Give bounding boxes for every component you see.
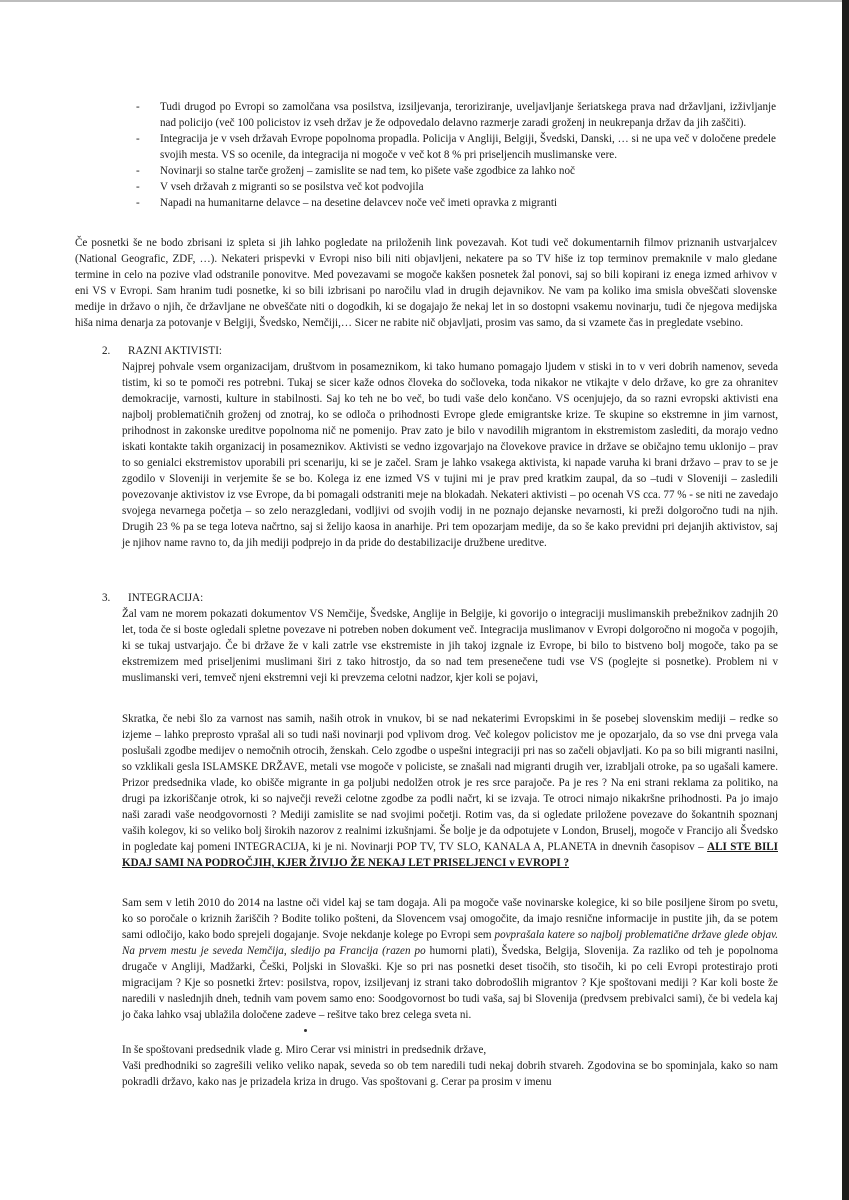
bullet-dash: - [136,163,140,179]
cerar-body: Vaši predhodniki so zagrešili veliko vel… [122,1058,778,1090]
bullet-item: -Novinarji so stalne tarče groženj – zam… [136,163,776,179]
scan-speck [304,1029,307,1032]
bullet-dash: - [136,131,140,147]
bullet-dash: - [136,195,140,211]
bullet-dash: - [136,99,140,115]
bullet-text: Napadi na humanitarne delavce – na deset… [160,197,557,209]
document-page: -Tudi drugod po Evropi so zamolčana vsa … [0,0,849,1200]
section-body: Najprej pohvale vsem organizacijam, druš… [122,359,778,551]
bullet-list: -Tudi drugod po Evropi so zamolčana vsa … [136,99,776,211]
bullet-text: Novinarji so stalne tarče groženj – zami… [160,165,575,177]
bullet-dash: - [136,179,140,195]
cerar-greeting: In še spoštovani predsednik vlade g. Mir… [122,1042,778,1058]
bullet-text: Integracija je v vseh državah Evrope pop… [160,133,776,161]
section-number: 3. [102,590,110,606]
section-number: 2. [102,343,110,359]
bullet-item: -V vseh državah z migranti so se posilst… [136,179,776,195]
skratka-paragraph: Skratka, če nebi šlo za varnost nas sami… [122,711,778,871]
bullet-text: V vseh državah z migranti so se posilstv… [160,181,424,193]
bullet-text: Tudi drugod po Evropi so zamolčana vsa p… [160,101,776,129]
section-heading: RAZNI AKTIVISTI: [128,343,222,359]
intro-paragraph: Če posnetki še ne bodo zbrisani iz splet… [75,235,777,331]
sam-paragraph: Sam sem v letih 2010 do 2014 na lastne o… [122,895,778,1023]
section-body: Žal vam ne morem pokazati dokumentov VS … [122,606,778,686]
bullet-item: -Integracija je v vseh državah Evrope po… [136,131,776,163]
bullet-item: -Tudi drugod po Evropi so zamolčana vsa … [136,99,776,131]
bullet-item: -Napadi na humanitarne delavce – na dese… [136,195,776,211]
section-heading: INTEGRACIJA: [128,590,203,606]
skratka-text: Skratka, če nebi šlo za varnost nas sami… [122,713,778,853]
